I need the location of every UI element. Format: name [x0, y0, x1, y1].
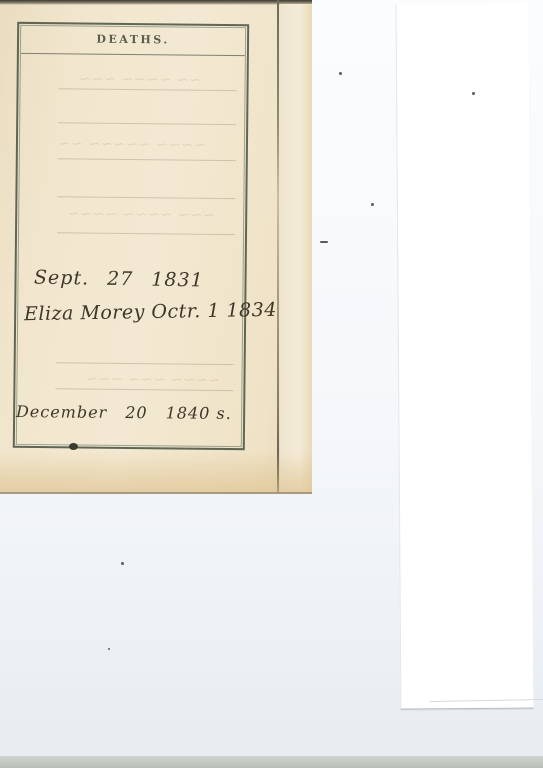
faint-rule	[57, 232, 235, 235]
entry-surname: Morey	[80, 301, 145, 324]
handwritten-entry: December201840 s.	[16, 402, 232, 423]
scanner-edge	[0, 756, 543, 768]
dust-speck	[121, 562, 124, 565]
white-backing-sheet	[396, 4, 534, 710]
entry-day: 27	[107, 268, 134, 290]
page-title: DEATHS.	[19, 32, 247, 47]
bleed-through-text: ~~~ ~~~~ ~~~~	[67, 204, 215, 224]
entry-month: Sept.	[34, 267, 89, 290]
title-rule	[21, 53, 245, 56]
facing-page-edge	[280, 4, 312, 492]
faint-rule	[59, 88, 237, 91]
page-top-shadow	[0, 0, 312, 5]
entry-year: 1831	[151, 269, 204, 292]
entry-day: 20	[125, 403, 148, 422]
dust-speck	[108, 648, 110, 650]
bleed-through-text: ~~ ~~~~ ~~~	[79, 69, 202, 88]
dust-speck	[320, 241, 328, 243]
entry-date: Octr. 1 1834	[151, 299, 277, 323]
book-gutter	[277, 0, 279, 492]
handwritten-entry: Eliza Morey Octr. 1 1834	[24, 299, 277, 325]
faint-rule	[58, 158, 236, 161]
entry-month: December	[16, 402, 107, 422]
entry-first-name: Eliza	[24, 302, 74, 325]
ink-blot	[69, 443, 78, 450]
dust-speck	[472, 92, 475, 95]
printed-border-frame: DEATHS. ~~ ~~~~ ~~~ ~~~~ ~~~~~ ~~ ~~~ ~~…	[13, 22, 249, 450]
book-page: DEATHS. ~~ ~~~~ ~~~ ~~~~ ~~~~~ ~~ ~~~ ~~…	[0, 0, 312, 494]
dust-speck	[371, 203, 374, 206]
page-stain	[0, 450, 312, 492]
dust-speck	[339, 72, 342, 75]
sheet-edge	[430, 699, 543, 724]
faint-rule	[57, 196, 235, 199]
faint-rule	[56, 362, 234, 365]
faint-rule	[58, 122, 236, 125]
bleed-through-text: ~~~~ ~~~~~ ~~	[58, 134, 206, 154]
handwritten-entry: Sept.271831	[34, 267, 204, 292]
entry-year: 1840 s.	[166, 403, 232, 423]
bleed-through-text: ~~~~ ~~~ ~~~	[85, 370, 220, 389]
